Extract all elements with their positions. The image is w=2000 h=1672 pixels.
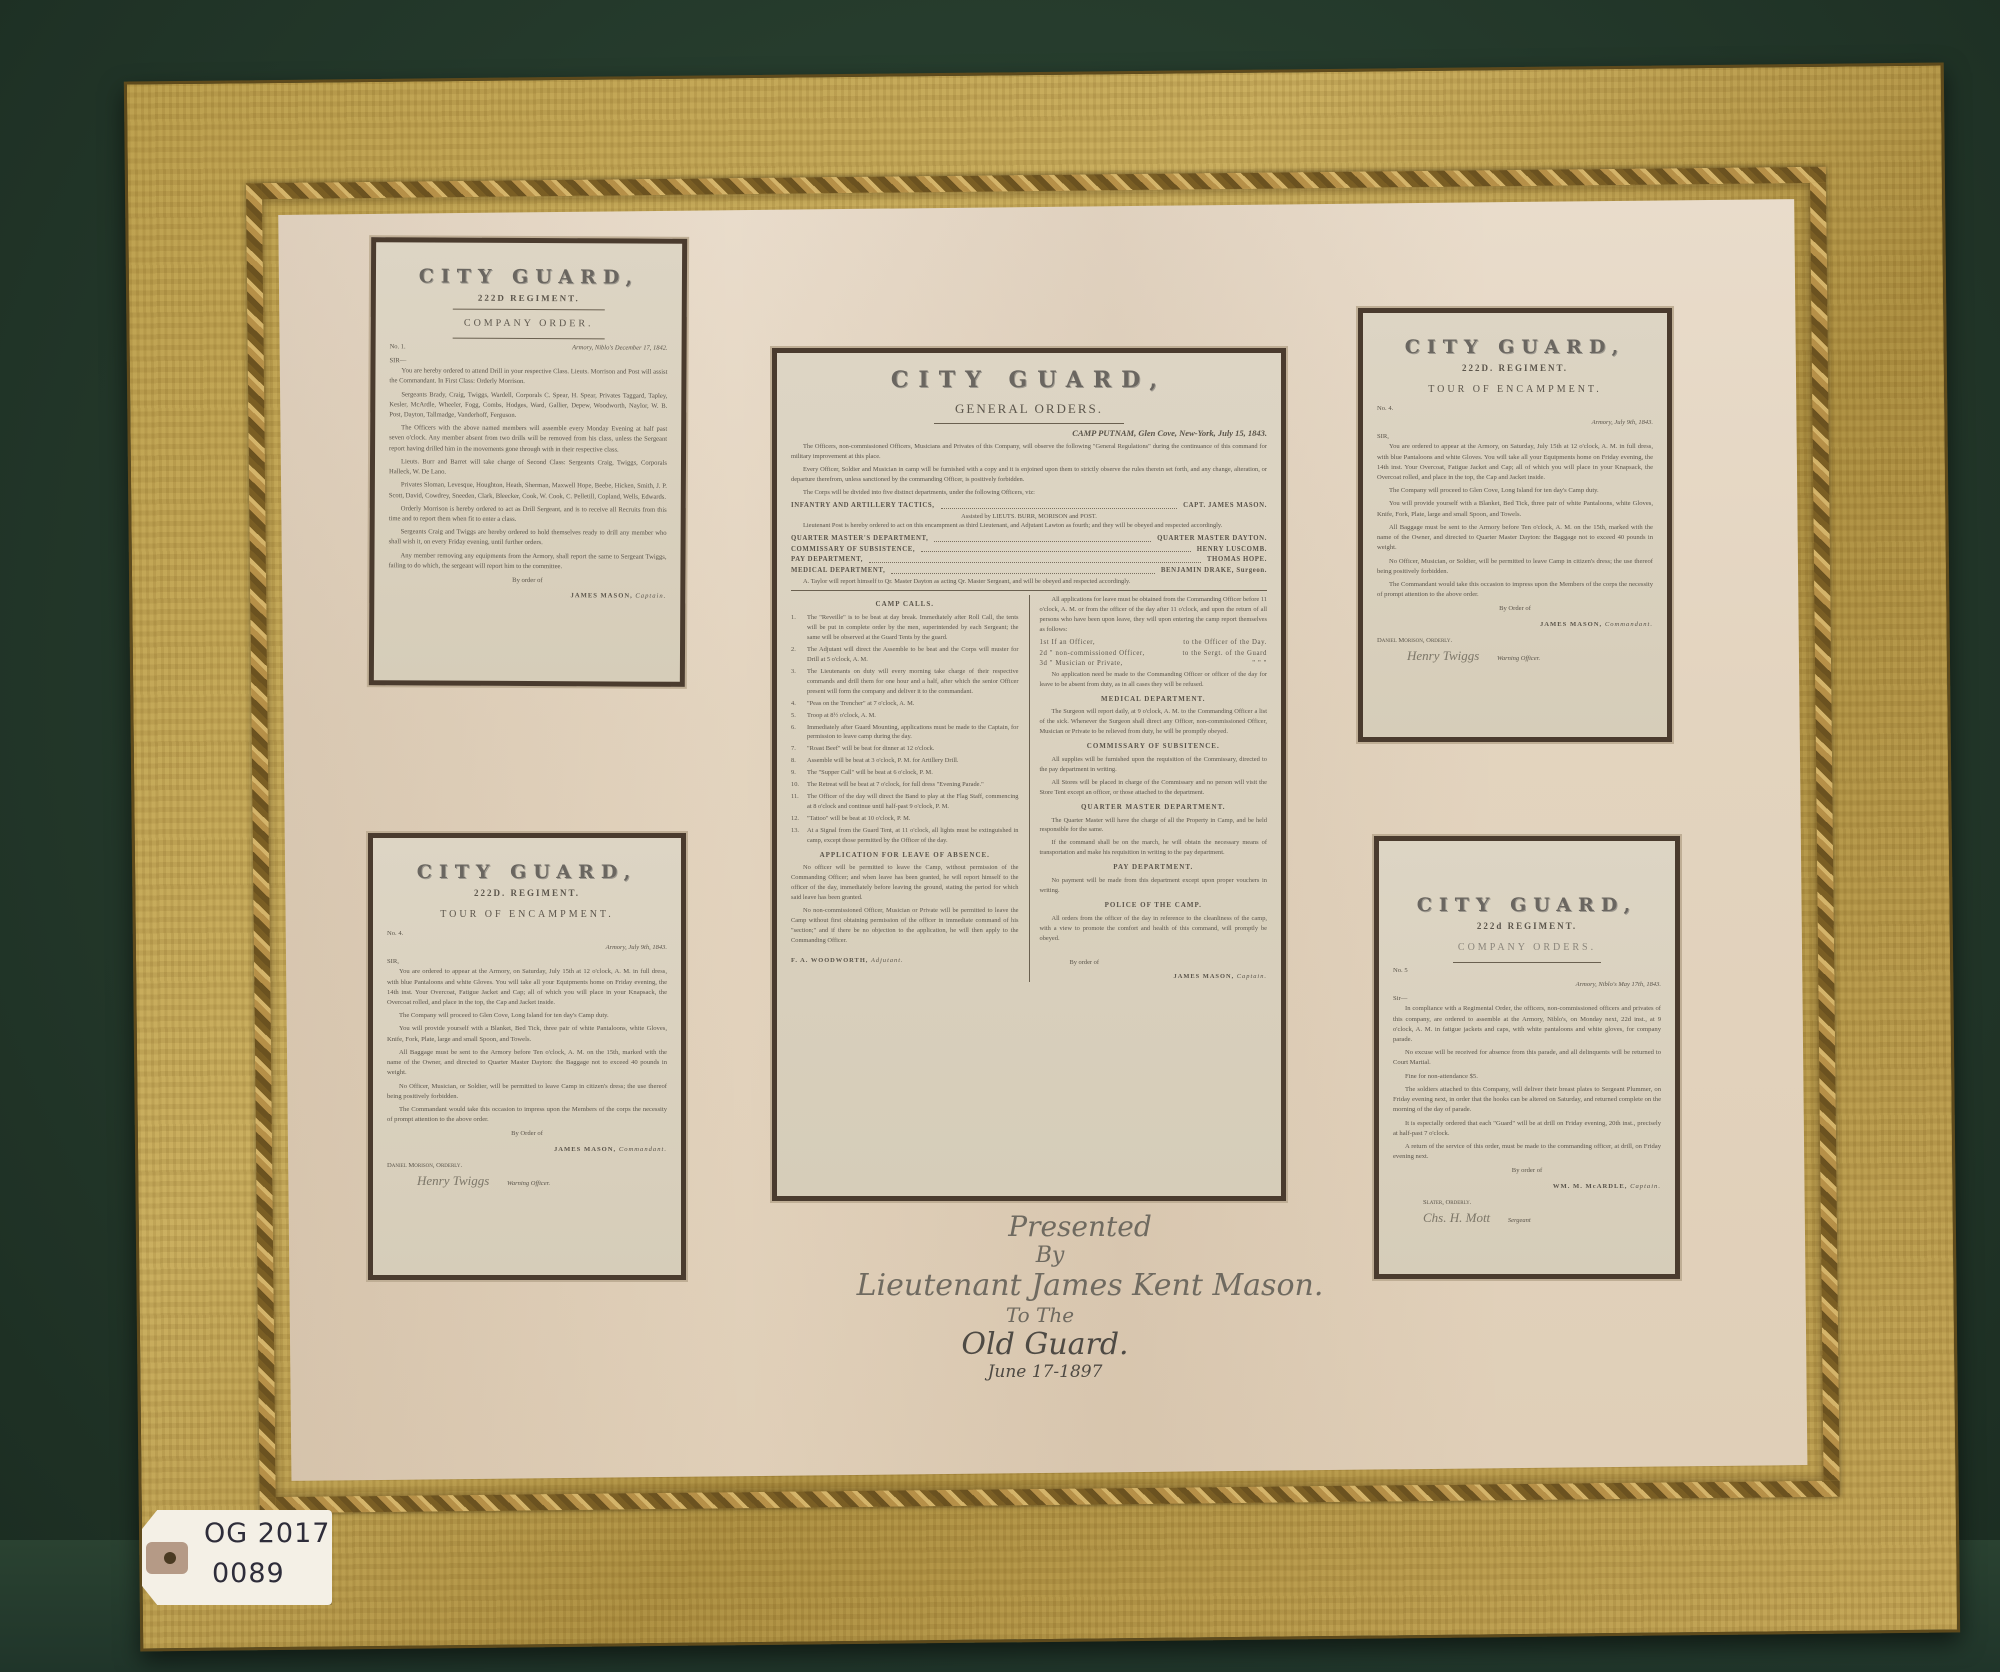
department-row: QUARTER MASTER'S DEPARTMENT, QUARTER MAS… <box>791 534 1267 545</box>
doc-paragraph: You are ordered to appear at the Armory,… <box>387 967 667 1008</box>
department-officer: BENJAMIN DRAKE, Surgeon. <box>1161 566 1267 577</box>
doc-number: No. 5 <box>1393 966 1661 976</box>
doc-paragraph: Any member removing any equipments from … <box>388 551 666 573</box>
doc-paragraph: The Commandant would take this occasion … <box>387 1105 667 1125</box>
divider <box>452 337 605 339</box>
department-row: PAY DEPARTMENT, THOMAS HOPE. <box>791 555 1267 566</box>
doc-paragraph: Privates Sloman, Levesque, Houghton, Hea… <box>389 481 667 503</box>
department-row: INFANTRY AND ARTILLERY TACTICS, CAPT. JA… <box>791 501 1267 512</box>
camp-dateline: CAMP PUTNAM, Glen Cove, New-York, July 1… <box>791 427 1267 440</box>
inscription-line: To The <box>740 1303 1340 1327</box>
inventory-tag: OG 2017 0089 <box>142 1510 332 1605</box>
section-paragraph: All Stores will be placed in charge of t… <box>1040 778 1268 798</box>
section-heading: QUARTER MASTER DEPARTMENT. <box>1040 802 1268 813</box>
doc-title: CITY GUARD, <box>1393 891 1661 920</box>
signature-title: Captain. <box>1630 1183 1661 1190</box>
adjutant-signature: F. A. WOODWORTH, Adjutant. <box>791 956 1019 966</box>
department-name: INFANTRY AND ARTILLERY TACTICS, <box>791 501 935 512</box>
by-order-line: By order of <box>388 575 666 587</box>
camp-call-item: 2.The Adjutant will direct the Assemble … <box>791 645 1019 665</box>
doc-paragraph: Sergeants Craig and Twiggs are hereby or… <box>389 527 667 549</box>
doc-subtitle: GENERAL ORDERS. <box>791 399 1267 419</box>
signature-name: JAMES MASON, <box>554 1146 616 1153</box>
doc-paragraph: In compliance with a Regimental Order, t… <box>1393 1004 1661 1045</box>
tag-collection-code: OG 2017 <box>204 1518 330 1549</box>
camp-call-item: 9.The "Supper Call" will be beat at 6 o'… <box>791 768 1019 778</box>
signature-block: JAMES MASON, Captain. <box>1040 972 1268 982</box>
doc-paragraph: Sergeants Brady, Craig, Twiggs, Wardell,… <box>389 390 667 422</box>
warning-officer-label: Warning Officer. <box>1497 655 1540 662</box>
doc-paragraph: Lieuts. Burr and Barret will take charge… <box>389 457 667 479</box>
signature-title: Commandant. <box>619 1146 667 1153</box>
by-order-line: By Order of <box>387 1129 667 1139</box>
camp-call-item: 1.The "Reveille" is to be beat at day br… <box>791 613 1019 643</box>
department-name: MEDICAL DEPARTMENT, <box>791 566 885 577</box>
doc-number: No. 1. <box>390 342 406 352</box>
doc-paragraph: You are ordered to appear at the Armory,… <box>1377 442 1653 483</box>
doc-subtitle: TOUR OF ENCAMPMENT. <box>387 907 667 923</box>
doc-date: Armory, July 9th, 1843. <box>1592 418 1653 428</box>
leave-heading: APPLICATION FOR LEAVE OF ABSENCE. <box>791 850 1019 861</box>
section-paragraph: No payment will be made from this depart… <box>1040 876 1268 896</box>
inscription-line: Old Guard. <box>750 1327 1340 1362</box>
divider <box>934 423 1124 424</box>
orderly-line: Daniel Morison, Orderly. <box>1377 636 1653 646</box>
left-column: CAMP CALLS. 1.The "Reveille" is to be be… <box>791 595 1019 982</box>
section-heading: POLICE OF THE CAMP. <box>1040 900 1268 911</box>
report-row: 3d " Musician or Private," " " <box>1040 659 1268 670</box>
leave-paragraph: No officer will be permitted to leave th… <box>791 863 1019 903</box>
document-company-orders-no5: CITY GUARD, 222d REGIMENT. COMPANY ORDER… <box>1374 836 1680 1279</box>
orderly-line: Slater, Orderly. <box>1423 1198 1661 1208</box>
signature-name: JAMES MASON, <box>1540 621 1602 628</box>
doc-title: CITY GUARD, <box>387 858 667 887</box>
department-name: QUARTER MASTER'S DEPARTMENT, <box>791 534 928 545</box>
camp-call-item: 7."Roast Beef" will be beat for dinner a… <box>791 744 1019 754</box>
doc-title: CITY GUARD, <box>1377 333 1653 362</box>
camp-calls-heading: CAMP CALLS. <box>791 599 1019 610</box>
camp-call-item: 4."Peas on the Trencher" at 7 o'clock, A… <box>791 699 1019 709</box>
doc-number: No. 4. <box>1377 404 1653 414</box>
tag-hole-icon <box>164 1552 176 1564</box>
department-name: COMMISSARY OF SUBSISTENCE, <box>791 545 915 556</box>
section-paragraph: All supplies will be furnished upon the … <box>1040 755 1268 775</box>
signature-block: JAMES MASON, Captain. <box>388 591 666 603</box>
post-note: Lieutenant Post is hereby ordered to act… <box>791 521 1267 531</box>
document-tour-of-encampment-left: CITY GUARD, 222D. REGIMENT. TOUR OF ENCA… <box>368 833 686 1280</box>
doc-subtitle: COMPANY ORDER. <box>390 316 668 333</box>
doc-paragraph: You will provide yourself with a Blanket… <box>387 1024 667 1044</box>
section-heading: COMMISSARY OF SUBSITENCE. <box>1040 741 1268 752</box>
inscription-line: By <box>760 1243 1340 1268</box>
doc-regiment: 222d REGIMENT. <box>1393 920 1661 934</box>
intro-paragraph: The Officers, non-commissioned Officers,… <box>791 442 1267 462</box>
section-heading: MEDICAL DEPARTMENT. <box>1040 694 1268 705</box>
department-officer: HENRY LUSCOMB. <box>1197 545 1267 556</box>
divider <box>452 309 605 311</box>
adjutant-name: F. A. WOODWORTH, <box>791 957 868 964</box>
doc-regiment: 222D. REGIMENT. <box>387 887 667 901</box>
no-application-note: No application need be made to the Comma… <box>1040 670 1268 690</box>
doc-paragraph: Fine for non-attendance $5. <box>1393 1072 1661 1082</box>
signature-block: JAMES MASON, Commandant. <box>1377 620 1653 630</box>
document-general-orders: CITY GUARD, GENERAL ORDERS. CAMP PUTNAM,… <box>772 348 1286 1201</box>
doc-paragraph: A return of the service of this order, m… <box>1393 1142 1661 1162</box>
section-paragraph: If the command shall be on the march, he… <box>1040 838 1268 858</box>
doc-paragraph: The Officers with the above named member… <box>389 424 667 456</box>
doc-title: CITY GUARD, <box>791 363 1267 397</box>
sergeant-label: Sergeant <box>1508 1217 1531 1224</box>
handwritten-signature: Henry Twiggs <box>1407 648 1479 663</box>
right-column: All applications for leave must be obtai… <box>1029 595 1268 982</box>
signature-name: JAMES MASON, <box>571 593 633 600</box>
divider <box>1453 962 1600 963</box>
signature-title: Captain. <box>635 593 666 600</box>
intro-paragraph: Every Officer, Soldier and Musician in c… <box>791 465 1267 485</box>
camp-call-item: 8.Assemble will be beat at 3 o'clock, P.… <box>791 756 1019 766</box>
doc-regiment: 222D. REGIMENT. <box>1377 362 1653 376</box>
doc-paragraph: You will provide yourself with a Blanket… <box>1377 499 1653 519</box>
doc-paragraph: No Officer, Musician, or Soldier, will b… <box>387 1082 667 1102</box>
doc-paragraph: The Company will proceed to Glen Cove, L… <box>387 1011 667 1021</box>
department-row: COMMISSARY OF SUBSISTENCE, HENRY LUSCOMB… <box>791 545 1267 556</box>
by-order-line: By order of <box>1393 1166 1661 1176</box>
tag-item-number: 0089 <box>212 1558 285 1589</box>
doc-paragraph: No Officer, Musician, or Soldier, will b… <box>1377 557 1653 577</box>
document-tour-of-encampment-right: CITY GUARD, 222D. REGIMENT. TOUR OF ENCA… <box>1358 308 1672 742</box>
doc-date: Armory, Niblo's December 17, 1842. <box>572 343 668 354</box>
camp-call-item: 10.The Retreat will be beat at 7 o'clock… <box>791 780 1019 790</box>
doc-regiment: 222D REGIMENT. <box>390 292 668 307</box>
department-officer: QUARTER MASTER DAYTON. <box>1157 534 1267 545</box>
camp-call-item: 3.The Lieutenants on duty will every mor… <box>791 667 1019 697</box>
leave-procedure: All applications for leave must be obtai… <box>1040 595 1268 635</box>
signature-name: WM. M. McARDLE, <box>1553 1183 1628 1190</box>
doc-paragraph: The Commandant would take this occasion … <box>1377 580 1653 600</box>
doc-paragraph: All Baggage must be sent to the Armory b… <box>387 1048 667 1079</box>
taylor-note: A. Taylor will report himself to Qr. Mas… <box>791 577 1267 587</box>
doc-date: Armory, Niblo's May 17th, 1843. <box>1576 980 1661 990</box>
leave-paragraph: No non-commissioned Officer, Musician or… <box>791 906 1019 946</box>
orderly-line: Daniel Morison, Orderly. <box>387 1161 667 1171</box>
camp-call-item: 12."Tattoo" will be beat at 10 o'clock, … <box>791 814 1019 824</box>
inscription-line: Lieutenant James Kent Mason. <box>840 1268 1340 1303</box>
doc-paragraph: You are hereby ordered to attend Drill i… <box>389 366 667 388</box>
warning-officer-label: Warning Officer. <box>507 1180 550 1187</box>
report-row: 1st If an Officer,to the Officer of the … <box>1040 638 1268 649</box>
doc-title: CITY GUARD, <box>390 262 668 293</box>
doc-number: No. 4. <box>387 929 667 939</box>
doc-paragraph: Orderly Morrison is hereby ordered to ac… <box>389 504 667 526</box>
inscription-line: Presented <box>820 1210 1340 1243</box>
report-row: 2d " non-commissioned Officer,to the Ser… <box>1040 649 1268 660</box>
doc-subtitle: COMPANY ORDERS. <box>1393 940 1661 956</box>
doc-salutation: SIR, <box>387 957 667 967</box>
camp-call-item: 13.At a Signal from the Guard Tent, at 1… <box>791 826 1019 846</box>
doc-date: Armory, July 9th, 1843. <box>606 943 667 953</box>
section-heading: PAY DEPARTMENT. <box>1040 862 1268 873</box>
handwritten-inscription: Presented By Lieutenant James Kent Mason… <box>880 1210 1340 1382</box>
doc-paragraph: It is especially ordered that each "Guar… <box>1393 1119 1661 1139</box>
signature-block: JAMES MASON, Commandant. <box>387 1145 667 1155</box>
department-officer: CAPT. JAMES MASON. <box>1183 501 1267 512</box>
camp-call-item: 5.Troop at 8½ o'clock, A. M. <box>791 711 1019 721</box>
signature-block: WM. M. McARDLE, Captain. <box>1393 1182 1661 1192</box>
handwritten-signature: Henry Twiggs <box>417 1173 489 1188</box>
doc-salutation: SIR, <box>1377 432 1653 442</box>
by-order-line: By order of <box>1070 958 1268 968</box>
department-row: MEDICAL DEPARTMENT, BENJAMIN DRAKE, Surg… <box>791 566 1267 577</box>
doc-subtitle: TOUR OF ENCAMPMENT. <box>1377 382 1653 398</box>
department-name: PAY DEPARTMENT, <box>791 555 863 566</box>
doc-paragraph: The Company will proceed to Glen Cove, L… <box>1377 486 1653 496</box>
inscription-date: June 17-1897 <box>750 1362 1340 1382</box>
handwritten-signature: Chs. H. Mott <box>1423 1210 1490 1225</box>
section-paragraph: All orders from the officer of the day i… <box>1040 914 1268 944</box>
signature-title: Commandant. <box>1605 621 1653 628</box>
document-company-order-no1: CITY GUARD, 222D REGIMENT. COMPANY ORDER… <box>369 237 687 687</box>
signature-name: JAMES MASON, <box>1174 973 1235 980</box>
doc-salutation: Sir— <box>1393 994 1661 1004</box>
department-officer: THOMAS HOPE. <box>1207 555 1267 566</box>
doc-paragraph: All Baggage must be sent to the Armory b… <box>1377 523 1653 554</box>
by-order-line: By Order of <box>1377 604 1653 614</box>
intro-paragraph: The Corps will be divided into five dist… <box>791 488 1267 498</box>
doc-paragraph: The soldiers attached to this Company, w… <box>1393 1085 1661 1116</box>
camp-call-item: 6.Immediately after Guard Mounting, appl… <box>791 723 1019 743</box>
signature-title: Captain. <box>1237 973 1267 980</box>
doc-paragraph: No excuse will be received for absence f… <box>1393 1048 1661 1068</box>
section-paragraph: The Quarter Master will have the charge … <box>1040 816 1268 836</box>
camp-call-item: 11.The Officer of the day will direct th… <box>791 792 1019 812</box>
adjutant-title: Adjutant. <box>871 957 904 964</box>
assisted-line: Assisted by LIEUTS. BURR, MORISON and PO… <box>791 512 1267 522</box>
section-paragraph: The Surgeon will report daily, at 9 o'cl… <box>1040 707 1268 737</box>
